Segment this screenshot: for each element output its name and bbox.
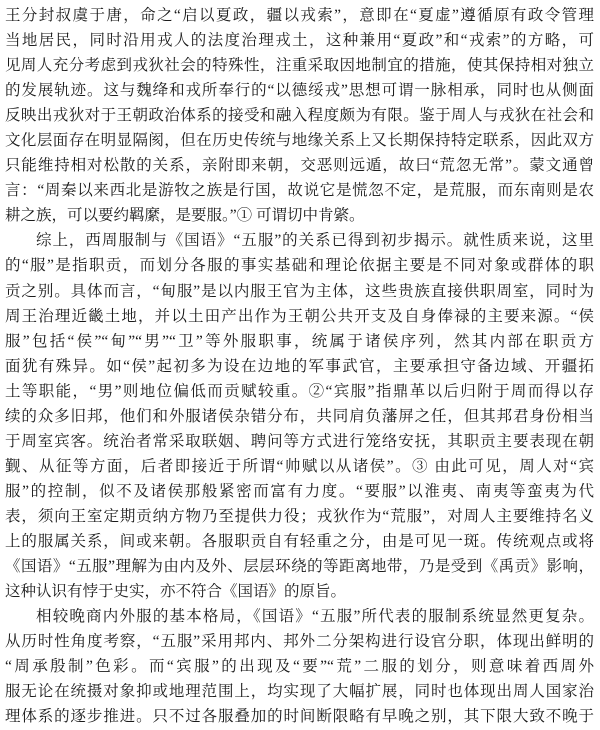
- text-line: 反映出戎狄对于王朝政治体系的接受和融入程度颇为有限。鉴于周人与戎狄在社会和: [5, 103, 594, 128]
- text-line: 相较晚商内外服的基本格局，《国语》“五服”所代表的服制系统显然更复杂。: [5, 604, 594, 629]
- text-line: 《国语》“五服”理解为由内及外、层层环绕的等距离地带，乃是受到《禹贡》影响，: [5, 554, 594, 579]
- document-page: 王分封叔虞于唐，命之“启以夏政，疆以戎索”，意即在“夏虚”遵循原有政令管理当地居…: [0, 0, 600, 730]
- text-line: 只能维持相对松散的关系，亲附即来朝，交恶则远遁，故曰“荒忽无常”。蒙文通曾: [5, 153, 594, 178]
- text-line: 土等职能，“男”则地位偏低而贡赋较重。②“宾服”指鼎革以后归附于周而得以存: [5, 379, 594, 404]
- text-line: “周承殷制”色彩。而“宾服”的出现及“要”“荒”二服的划分，则意味着西周外: [5, 654, 594, 679]
- text-line: 贡之别。具体而言，“甸服”是以内服王官为主体，这些贵族直接供职周室，同时为: [5, 279, 594, 304]
- text-line: 综上，西周服制与《国语》“五服”的关系已得到初步揭示。就性质来说，这里: [5, 228, 594, 253]
- paragraph: 相较晚商内外服的基本格局，《国语》“五服”所代表的服制系统显然更复杂。从历时性角…: [5, 604, 594, 729]
- text-line: 上的服属关系，间或来朝。各服职贡自有轻重之分，由是可见一斑。传统观点或将: [5, 529, 594, 554]
- text-line: 从历时性角度考察，“五服”采用邦内、邦外二分架构进行设官分职，体现出鲜明的: [5, 629, 594, 654]
- text-line: 文化层面存在明显隔阂，但在历史传统与地缘关系上又长期保持特定联系，因此双方: [5, 128, 594, 153]
- text-line: 续的众多旧邦，他们和外服诸侯杂错分布，共同肩负藩屏之任，但其邦君身份相当: [5, 404, 594, 429]
- text-line: 见周人充分考虑到戎狄社会的特殊性，注重采取因地制宜的措施，使其保持相对独立: [5, 53, 594, 78]
- text-line: 于周室宾客。统治者常采取联姻、聘问等方式进行笼络安抚，其职贡主要表现在朝: [5, 429, 594, 454]
- text-line: 表，须向王室定期贡纳方物乃至提供力役；戎狄作为“荒服”，对周人主要维持名义: [5, 504, 594, 529]
- text-line: 这种认识有悖于史实，亦不符合《国语》的原旨。: [5, 579, 594, 604]
- text-line: 服”包括“侯”“甸”“男”“卫”等外服职事，统属于诸侯序列，然其内部在职贡方: [5, 329, 594, 354]
- text-line: 耕之族，可以要约羁縻，是要服。”① 可谓切中肯綮。: [5, 203, 594, 228]
- text-line: 服无论在统摄对象抑或地理范围上，均实现了大幅扩展，同时也体现出周人国家治: [5, 679, 594, 704]
- text-line: 王分封叔虞于唐，命之“启以夏政，疆以戎索”，意即在“夏虚”遵循原有政令管理: [5, 3, 594, 28]
- text-line: 理体系的逐步推进。只不过各服叠加的时间断限略有早晚之别，其下限大致不晚于: [5, 704, 594, 729]
- text-line: 的“服”是指职贡，而划分各服的事实基础和理论依据主要是不同对象或群体的职: [5, 253, 594, 278]
- text-line: 觐、从征等方面，后者即接近于所谓“帅赋以从诸侯”。③ 由此可见，周人对“宾: [5, 454, 594, 479]
- text-line: 服”的控制，似不及诸侯那般紧密而富有力度。“要服”以淮夷、南夷等蛮夷为代: [5, 479, 594, 504]
- text-line: 当地居民，同时沿用戎人的法度治理戎土，这种兼用“夏政”和“戎索”的方略，可: [5, 28, 594, 53]
- paragraph: 王分封叔虞于唐，命之“启以夏政，疆以戎索”，意即在“夏虚”遵循原有政令管理当地居…: [5, 3, 594, 228]
- text-line: 言：“周秦以来西北是游牧之族是行国，故说它是慌忽不定，是荒服，而东南则是农: [5, 178, 594, 203]
- text-line: 周王治理近畿土地，并以土田产出作为王朝公共开支及自身俸禄的主要来源。“侯: [5, 304, 594, 329]
- text-line: 的发展轨迹。这与魏绛和戎所奉行的“以德绥戎”思想可谓一脉相承，同时也从侧面: [5, 78, 594, 103]
- text-line: 面犹有殊异。如“侯”起初多为设在边地的军事武官，主要承担守备边域、开疆拓: [5, 354, 594, 379]
- paragraph: 综上，西周服制与《国语》“五服”的关系已得到初步揭示。就性质来说，这里的“服”是…: [5, 228, 594, 604]
